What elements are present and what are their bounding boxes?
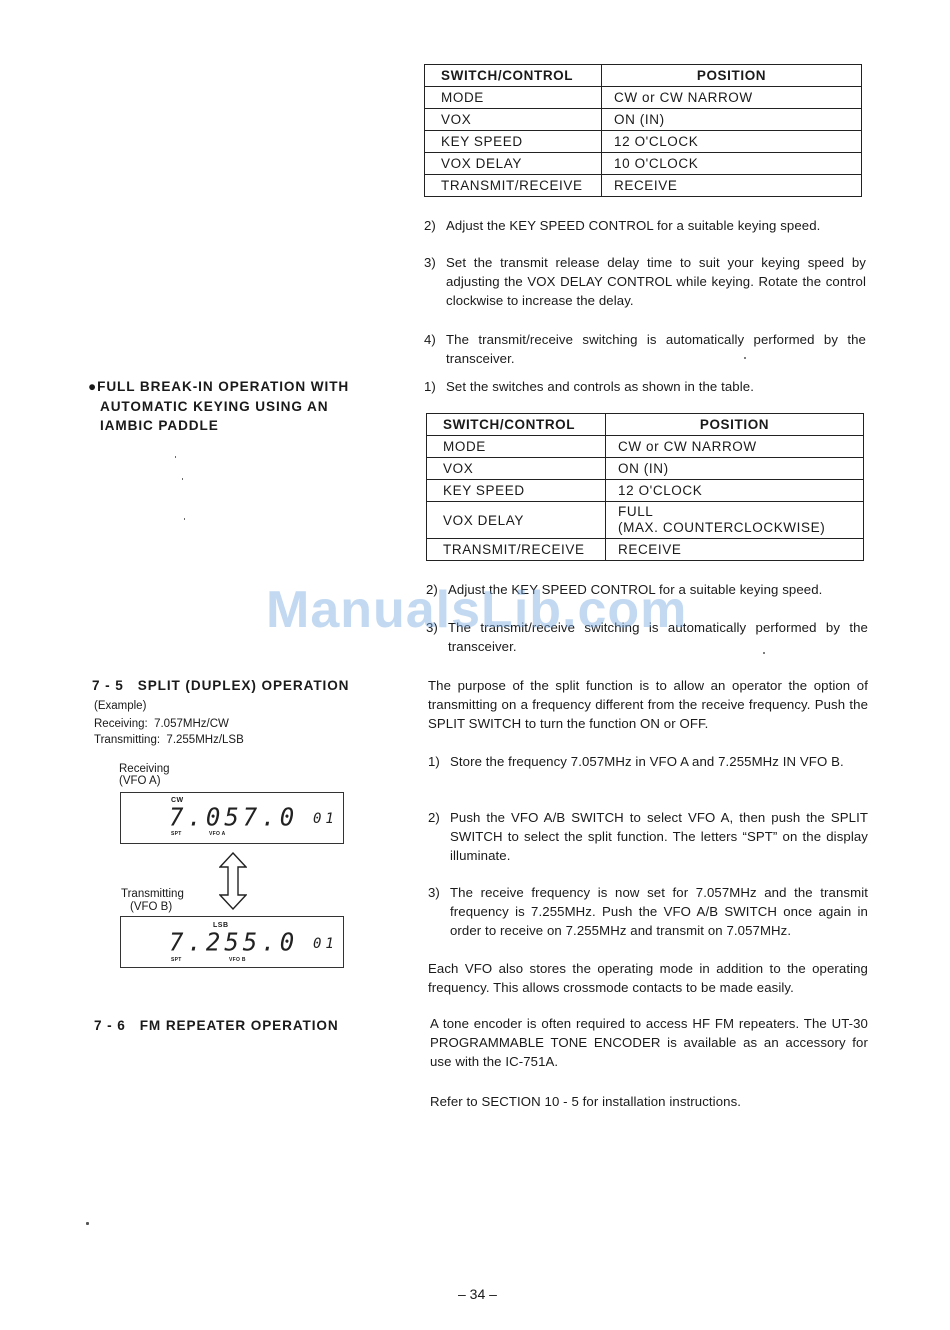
step-number: 2) xyxy=(426,580,438,599)
table-cell: FULL (MAX. COUNTERCLOCKWISE) xyxy=(606,502,864,539)
table-cell: CW or CW NARROW xyxy=(602,87,862,109)
heading-line: AUTOMATIC KEYING USING AN xyxy=(88,397,378,417)
lcd-display-receive: CW 7.057.0 01 SPT VFO A xyxy=(120,792,344,844)
label-line: (VFO A) xyxy=(119,775,170,787)
step-number: 3) xyxy=(428,883,440,902)
table-cell: MODE xyxy=(427,436,606,458)
table-cell: RECEIVE xyxy=(602,175,862,197)
table-row: MODE CW or CW NARROW xyxy=(427,436,864,458)
table-cell: KEY SPEED xyxy=(425,131,602,153)
table-row: KEY SPEED 12 O'CLOCK xyxy=(425,131,862,153)
crossmode-paragraph: Each VFO also stores the operating mode … xyxy=(428,959,868,997)
step-number: 3) xyxy=(426,618,438,637)
table-row: MODE CW or CW NARROW xyxy=(425,87,862,109)
heading-line: FULL BREAK-IN OPERATION WITH xyxy=(97,379,349,394)
installation-reference: Refer to SECTION 10 - 5 for installation… xyxy=(430,1092,741,1111)
spt-indicator: SPT xyxy=(171,831,182,837)
bullet-icon: ● xyxy=(88,379,97,394)
table-row: VOX DELAY FULL (MAX. COUNTERCLOCKWISE) xyxy=(427,502,864,539)
step-item: 2) Adjust the KEY SPEED CONTROL for a su… xyxy=(426,580,868,599)
step-item: 2) Adjust the KEY SPEED CONTROL for a su… xyxy=(424,216,866,235)
label-line: Transmitting xyxy=(121,888,184,901)
channel-readout: 01 xyxy=(313,811,338,827)
table-cell: 12 O'CLOCK xyxy=(606,480,864,502)
step-text: Store the frequency 7.057MHz in VFO A an… xyxy=(450,752,868,771)
scan-speck xyxy=(86,1222,89,1225)
table-header-switch: SWITCH/CONTROL xyxy=(427,414,606,436)
table-row: VOX ON (IN) xyxy=(425,109,862,131)
frequency-readout: 7.057.0 xyxy=(169,802,298,831)
fm-repeater-paragraph: A tone encoder is often required to acce… xyxy=(430,1014,868,1071)
step-number: 2) xyxy=(424,216,436,235)
step-item: 3) The transmit/receive switching is aut… xyxy=(426,618,868,656)
settings-table-semi-break-in: SWITCH/CONTROL POSITION MODE CW or CW NA… xyxy=(424,64,862,197)
full-break-in-heading: ●FULL BREAK-IN OPERATION WITH AUTOMATIC … xyxy=(88,377,378,436)
transmit-display-label: Transmitting (VFO B) xyxy=(121,888,184,914)
step-number: 1) xyxy=(428,752,440,771)
table-cell: TRANSMIT/RECEIVE xyxy=(425,175,602,197)
label-line: (VFO B) xyxy=(121,901,184,914)
table-row: TRANSMIT/RECEIVE RECEIVE xyxy=(427,539,864,561)
step-text: The transmit/receive switching is automa… xyxy=(446,330,866,368)
table-header-position: POSITION xyxy=(602,65,862,87)
table-cell: VOX DELAY xyxy=(427,502,606,539)
vfo-indicator: VFO A xyxy=(209,831,226,837)
table-cell: KEY SPEED xyxy=(427,480,606,502)
table-header-position: POSITION xyxy=(606,414,864,436)
page-number: – 34 – xyxy=(458,1286,497,1302)
step-text: Adjust the KEY SPEED CONTROL for a suita… xyxy=(446,216,866,235)
scan-speck xyxy=(763,652,765,654)
section-7-5-title: 7 - 5 SPLIT (DUPLEX) OPERATION xyxy=(92,676,349,696)
step-item: 4) The transmit/receive switching is aut… xyxy=(424,330,866,368)
cell-line: (MAX. COUNTERCLOCKWISE) xyxy=(618,520,863,536)
heading-line: IAMBIC PADDLE xyxy=(88,416,378,436)
scan-speck xyxy=(175,456,176,458)
scan-speck xyxy=(744,357,746,359)
step-item: 2) Push the VFO A/B SWITCH to select VFO… xyxy=(428,808,868,865)
table-row: VOX ON (IN) xyxy=(427,458,864,480)
step-text: Set the switches and controls as shown i… xyxy=(446,377,866,396)
vfo-indicator: VFO B xyxy=(229,957,246,963)
receiving-example: Receiving: 7.057MHz/CW xyxy=(94,716,229,732)
step-text: Set the transmit release delay time to s… xyxy=(446,253,866,310)
section-7-6-title: 7 - 6 FM REPEATER OPERATION xyxy=(94,1016,339,1036)
settings-table-full-break-in: SWITCH/CONTROL POSITION MODE CW or CW NA… xyxy=(426,413,864,561)
example-label: (Example) xyxy=(94,698,146,714)
step-text: The receive frequency is now set for 7.0… xyxy=(450,883,868,940)
double-arrow-icon xyxy=(219,852,247,910)
frequency-readout: 7.255.0 xyxy=(169,927,298,956)
table-cell: TRANSMIT/RECEIVE xyxy=(427,539,606,561)
table-cell: ON (IN) xyxy=(606,458,864,480)
step-text: Adjust the KEY SPEED CONTROL for a suita… xyxy=(448,580,868,599)
table-cell: VOX xyxy=(425,109,602,131)
table-cell: VOX xyxy=(427,458,606,480)
receive-display-label: Receiving (VFO A) xyxy=(119,763,170,787)
table-row: TRANSMIT/RECEIVE RECEIVE xyxy=(425,175,862,197)
step-item: 1) Store the frequency 7.057MHz in VFO A… xyxy=(428,752,868,771)
label-line: Receiving xyxy=(119,763,170,775)
step-number: 3) xyxy=(424,253,436,272)
step-item: 3) Set the transmit release delay time t… xyxy=(424,253,866,310)
scan-speck xyxy=(184,518,185,520)
lcd-display-transmit: LSB 7.255.0 01 SPT VFO B xyxy=(120,916,344,968)
step-number: 2) xyxy=(428,808,440,827)
channel-readout: 01 xyxy=(313,936,338,952)
step-text: The transmit/receive switching is automa… xyxy=(448,618,868,656)
table-row: VOX DELAY 10 O'CLOCK xyxy=(425,153,862,175)
table-cell: 10 O'CLOCK xyxy=(602,153,862,175)
table-cell: ON (IN) xyxy=(602,109,862,131)
table-cell: CW or CW NARROW xyxy=(606,436,864,458)
cell-line: FULL xyxy=(618,504,863,520)
table-cell: 12 O'CLOCK xyxy=(602,131,862,153)
split-intro-paragraph: The purpose of the split function is to … xyxy=(428,676,868,733)
step-text: Push the VFO A/B SWITCH to select VFO A,… xyxy=(450,808,868,865)
step-item: 3) The receive frequency is now set for … xyxy=(428,883,868,940)
spt-indicator: SPT xyxy=(171,957,182,963)
step-number: 1) xyxy=(424,377,436,396)
transmitting-example: Transmitting: 7.255MHz/LSB xyxy=(94,732,244,748)
table-row: KEY SPEED 12 O'CLOCK xyxy=(427,480,864,502)
table-cell: VOX DELAY xyxy=(425,153,602,175)
step-number: 4) xyxy=(424,330,436,349)
table-header-switch: SWITCH/CONTROL xyxy=(425,65,602,87)
scan-speck xyxy=(182,478,183,480)
table-cell: RECEIVE xyxy=(606,539,864,561)
step-item: 1) Set the switches and controls as show… xyxy=(424,377,866,396)
table-cell: MODE xyxy=(425,87,602,109)
